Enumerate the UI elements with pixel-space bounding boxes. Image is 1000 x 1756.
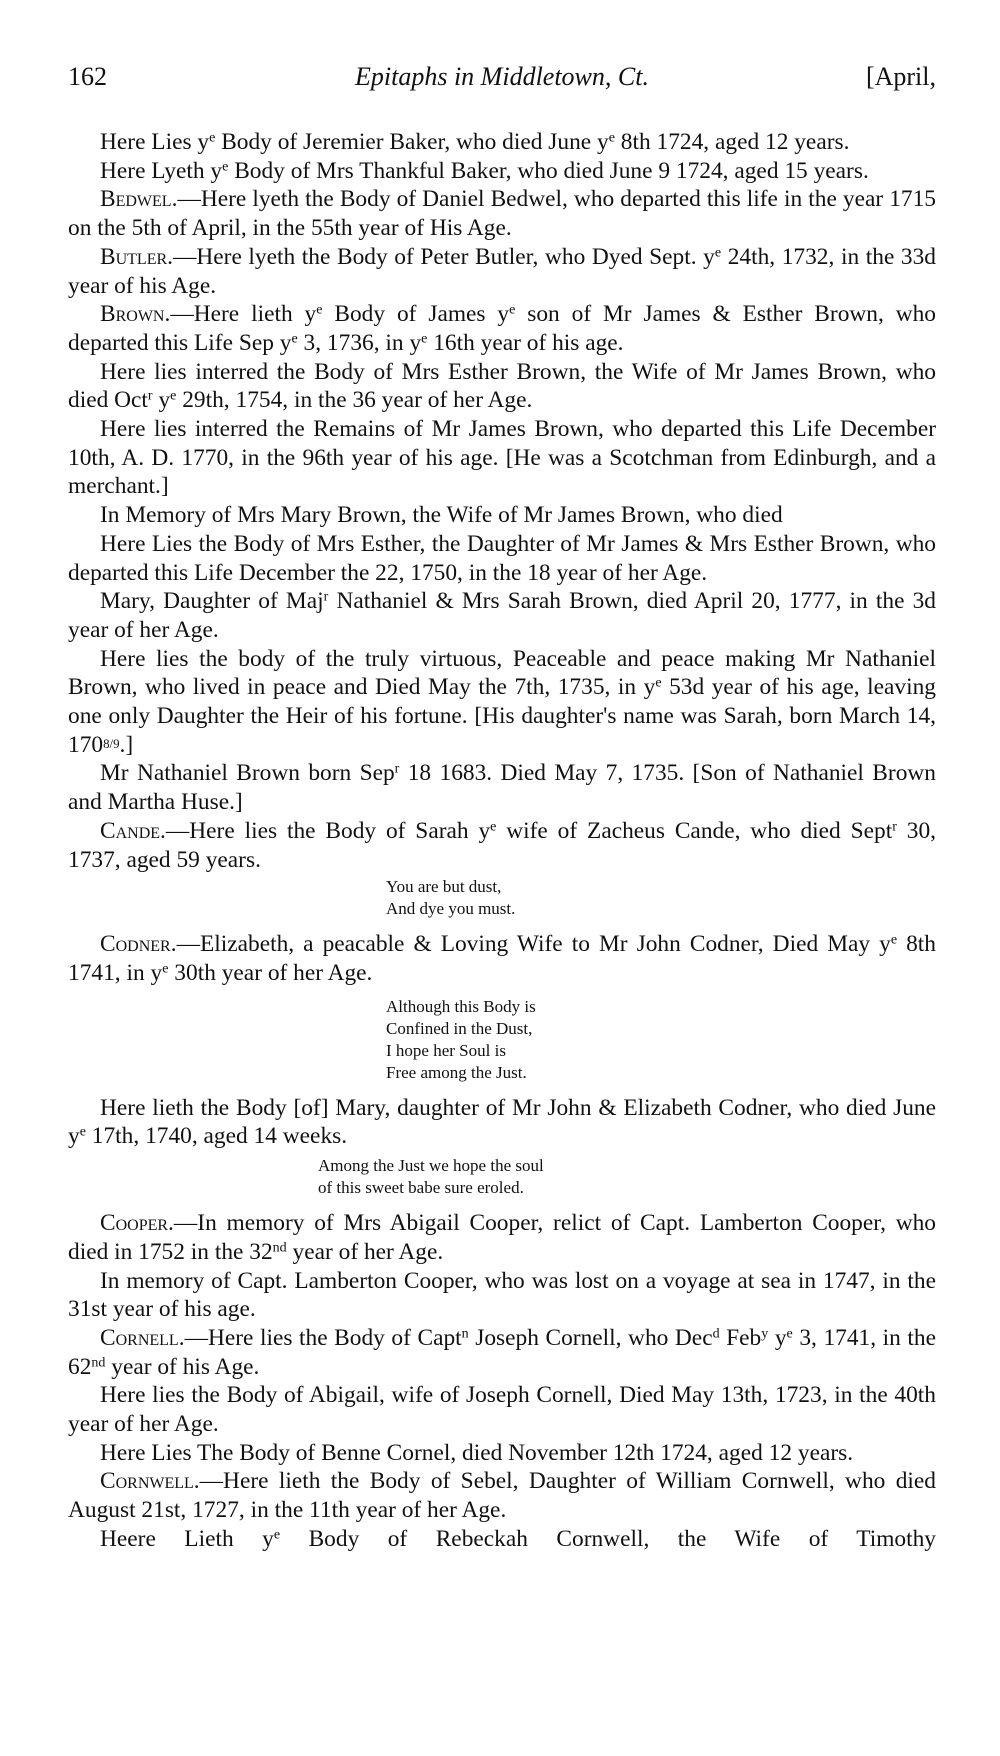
epitaph-paragraph: Here Lyeth ye Body of Mrs Thankful Baker… <box>68 157 936 186</box>
epitaph-paragraph: Butler.—Here lyeth the Body of Peter But… <box>68 243 936 300</box>
surname-heading: Butler. <box>100 244 173 270</box>
epitaph-paragraph: Cornell.—Here lies the Body of Captn Jos… <box>68 1324 936 1381</box>
book-page: 162 Epitaphs in Middletown, Ct. [April, … <box>0 0 1000 1756</box>
epitaph-paragraph: In memory of Capt. Lamberton Cooper, who… <box>68 1267 936 1324</box>
epitaph-paragraph: Heere Lieth ye Body of Rebeckah Cornwell… <box>68 1525 936 1554</box>
epitaph-paragraph: Here lies interred the Body of Mrs Esthe… <box>68 358 936 415</box>
epitaph-paragraph: Codner.—Elizabeth, a peacable & Loving W… <box>68 930 936 987</box>
epitaph-paragraph: Here lies the body of the truly virtuous… <box>68 645 936 760</box>
surname-heading: Bedwel. <box>100 186 177 212</box>
surname-heading: Cornwell. <box>100 1468 200 1494</box>
epitaph-paragraph: Here lieth the Body [of] Mary, daughter … <box>68 1094 936 1151</box>
epitaph-paragraph: Here lies interred the Remains of Mr Jam… <box>68 415 936 501</box>
epitaph-paragraph: Cooper.—In memory of Mrs Abigail Cooper,… <box>68 1209 936 1266</box>
epitaph-paragraph: Mary, Daughter of Majr Nathaniel & Mrs S… <box>68 587 936 644</box>
epitaph-paragraph: Bedwel.—Here lyeth the Body of Daniel Be… <box>68 185 936 242</box>
surname-heading: Brown. <box>100 301 170 327</box>
surname-heading: Codner. <box>100 931 177 957</box>
surname-heading: Cornell. <box>100 1325 185 1351</box>
epitaph-paragraph: Here Lies the Body of Mrs Esther, the Da… <box>68 530 936 587</box>
epitaph-paragraph: Here Lies ye Body of Jeremier Baker, who… <box>68 128 936 157</box>
surname-heading: Cooper. <box>100 1210 174 1236</box>
surname-heading: Cande. <box>100 818 166 844</box>
verse-block: You are but dust, And dye you must. <box>68 876 936 920</box>
epitaph-paragraph: Here lies the Body of Abigail, wife of J… <box>68 1381 936 1438</box>
verse-block: Although this Body is Confined in the Du… <box>68 996 936 1084</box>
epitaph-paragraph: Brown.—Here lieth ye Body of James ye so… <box>68 300 936 357</box>
fraction: 8/9 <box>103 737 119 751</box>
epitaph-paragraph: Cornwell.—Here lieth the Body of Sebel, … <box>68 1467 936 1524</box>
running-title: Epitaphs in Middletown, Ct. <box>68 62 936 92</box>
epitaph-paragraph: Cande.—Here lies the Body of Sarah ye wi… <box>68 817 936 874</box>
running-header: 162 Epitaphs in Middletown, Ct. [April, <box>68 62 936 102</box>
page-body: Here Lies ye Body of Jeremier Baker, who… <box>68 128 936 1554</box>
epitaph-paragraph: Mr Nathaniel Brown born Sepr 18 1683. Di… <box>68 759 936 816</box>
epitaph-paragraph: Here Lies The Body of Benne Cornel, died… <box>68 1439 936 1468</box>
running-month: [April, <box>866 62 936 92</box>
epitaph-paragraph: In Memory of Mrs Mary Brown, the Wife of… <box>68 501 936 530</box>
verse-block: Among the Just we hope the soul of this … <box>68 1155 936 1199</box>
